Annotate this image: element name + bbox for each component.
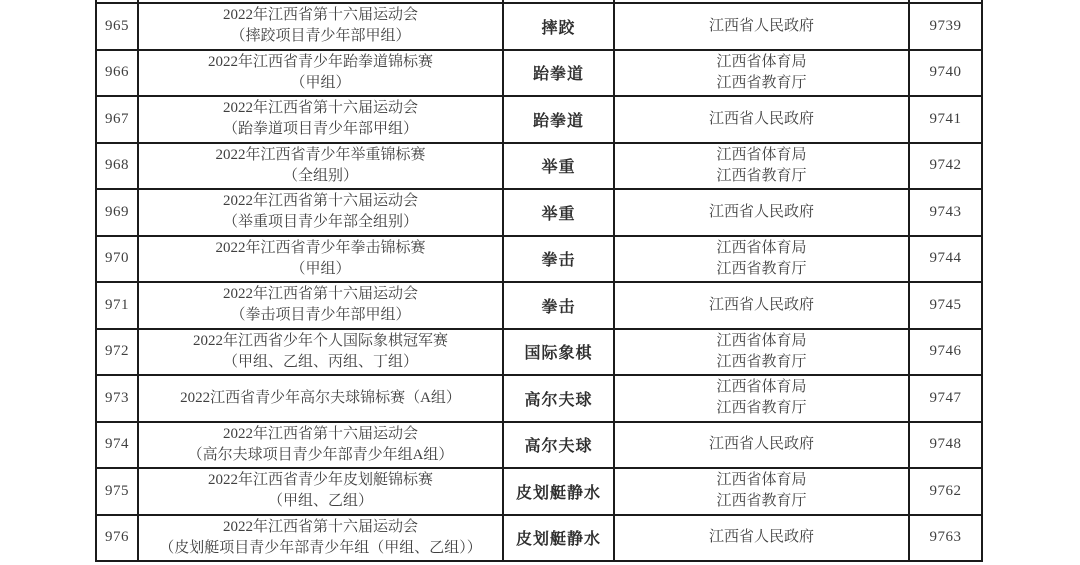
event-name-line1: 2022江西省青少年高尔夫球锦标赛（A组）	[180, 388, 461, 409]
organizer-cell: 江西省人民政府	[615, 283, 910, 328]
approval-number-cell: 9748	[910, 423, 981, 468]
approval-number: 9763	[930, 529, 962, 546]
organizer-line1: 江西省体育局	[716, 145, 806, 166]
table-row: 968 2022年江西省青少年举重锦标赛 （全组别） 举重 江西省体育局 江西省…	[97, 144, 981, 191]
approval-number-cell: 9742	[910, 144, 981, 189]
organizer-line2: 江西省教育厅	[716, 166, 806, 187]
row-number-cell: 967	[97, 97, 139, 142]
table-row: 973 2022江西省青少年高尔夫球锦标赛（A组） 高尔夫球 江西省体育局 江西…	[97, 376, 981, 423]
event-name-line1: 2022年江西省第十六届运动会	[223, 191, 418, 212]
event-name-cell: 2022年江西省少年个人国际象棋冠军赛 （甲组、乙组、丙组、丁组）	[139, 330, 504, 375]
row-number-cell: 975	[97, 469, 139, 514]
event-name-line1: 2022年江西省第十六届运动会	[223, 424, 418, 445]
row-number: 968	[105, 157, 129, 174]
organizer-cell: 江西省体育局 江西省教育厅	[615, 469, 910, 514]
sport-name: 跆拳道	[533, 108, 584, 131]
row-number-cell: 965	[97, 4, 139, 49]
approval-number: 9739	[930, 18, 962, 35]
competitions-table: 965 2022年江西省第十六届运动会 （摔跤项目青少年部甲组） 摔跤 江西省人…	[95, 0, 983, 562]
row-number-cell: 976	[97, 516, 139, 561]
stub-cell	[910, 0, 981, 2]
document-page: 965 2022年江西省第十六届运动会 （摔跤项目青少年部甲组） 摔跤 江西省人…	[0, 0, 1080, 565]
approval-number-cell: 9763	[910, 516, 981, 561]
event-name-cell: 2022年江西省青少年举重锦标赛 （全组别）	[139, 144, 504, 189]
row-number: 972	[105, 343, 129, 360]
stub-cell	[504, 0, 615, 2]
table-row: 975 2022年江西省青少年皮划艇锦标赛 （甲组、乙组） 皮划艇静水 江西省体…	[97, 469, 981, 516]
sport-name: 摔跤	[541, 15, 575, 38]
event-name-line1: 2022年江西省第十六届运动会	[223, 5, 418, 26]
approval-number-cell: 9747	[910, 376, 981, 421]
row-number: 976	[105, 529, 129, 546]
sport-cell: 跆拳道	[504, 51, 615, 96]
organizer-line2: 江西省教育厅	[716, 352, 806, 373]
event-name-line1: 2022年江西省第十六届运动会	[223, 98, 418, 119]
row-number-cell: 971	[97, 283, 139, 328]
sport-cell: 跆拳道	[504, 97, 615, 142]
row-number-cell: 966	[97, 51, 139, 96]
approval-number: 9748	[930, 436, 962, 453]
organizer-line1: 江西省人民政府	[709, 434, 814, 455]
sport-name: 皮划艇静水	[516, 480, 601, 503]
event-name-line2: （甲组、乙组、丙组、丁组）	[223, 352, 418, 373]
row-number-cell: 969	[97, 190, 139, 235]
event-name-cell: 2022年江西省青少年拳击锦标赛 （甲组）	[139, 237, 504, 282]
competitions-table-wrap: 965 2022年江西省第十六届运动会 （摔跤项目青少年部甲组） 摔跤 江西省人…	[95, 0, 983, 562]
sport-name: 高尔夫球	[524, 433, 592, 456]
organizer-cell: 江西省体育局 江西省教育厅	[615, 144, 910, 189]
organizer-line1: 江西省人民政府	[709, 109, 814, 130]
organizer-cell: 江西省体育局 江西省教育厅	[615, 51, 910, 96]
event-name-line1: 2022年江西省第十六届运动会	[223, 284, 418, 305]
table-row: 974 2022年江西省第十六届运动会 （高尔夫球项目青少年部青少年组A组） 高…	[97, 423, 981, 470]
organizer-line1: 江西省体育局	[716, 470, 806, 491]
row-number: 965	[105, 18, 129, 35]
event-name-line2: （拳击项目青少年部甲组）	[230, 305, 410, 326]
row-number-cell: 974	[97, 423, 139, 468]
organizer-line1: 江西省体育局	[716, 377, 806, 398]
table-row: 972 2022年江西省少年个人国际象棋冠军赛 （甲组、乙组、丙组、丁组） 国际…	[97, 330, 981, 377]
approval-number: 9745	[930, 297, 962, 314]
approval-number: 9743	[930, 204, 962, 221]
sport-cell: 摔跤	[504, 4, 615, 49]
table-row: 969 2022年江西省第十六届运动会 （举重项目青少年部全组别） 举重 江西省…	[97, 190, 981, 237]
organizer-line1: 江西省人民政府	[709, 527, 814, 548]
sport-name: 皮划艇静水	[516, 526, 601, 549]
event-name-line2: （举重项目青少年部全组别）	[223, 212, 418, 233]
event-name-line2: （皮划艇项目青少年部青少年组（甲组、乙组））	[159, 538, 482, 559]
event-name-cell: 2022年江西省青少年皮划艇锦标赛 （甲组、乙组）	[139, 469, 504, 514]
table-row: 967 2022年江西省第十六届运动会 （跆拳道项目青少年部甲组） 跆拳道 江西…	[97, 97, 981, 144]
sport-cell: 高尔夫球	[504, 376, 615, 421]
approval-number-cell: 9743	[910, 190, 981, 235]
sport-cell: 皮划艇静水	[504, 469, 615, 514]
event-name-line2: （高尔夫球项目青少年部青少年组A组）	[188, 445, 454, 466]
row-number: 973	[105, 390, 129, 407]
event-name-line1: 2022年江西省少年个人国际象棋冠军赛	[193, 331, 448, 352]
stub-cell	[97, 0, 139, 2]
sport-cell: 皮划艇静水	[504, 516, 615, 561]
row-number-cell: 973	[97, 376, 139, 421]
organizer-cell: 江西省人民政府	[615, 4, 910, 49]
event-name-line2: （摔跤项目青少年部甲组）	[230, 26, 410, 47]
event-name-line2: （全组别）	[283, 166, 358, 187]
sport-name: 跆拳道	[533, 61, 584, 84]
event-name-cell: 2022年江西省第十六届运动会 （跆拳道项目青少年部甲组）	[139, 97, 504, 142]
organizer-line2: 江西省教育厅	[716, 398, 806, 419]
event-name-line2: （甲组）	[290, 259, 350, 280]
table-row: 976 2022年江西省第十六届运动会 （皮划艇项目青少年部青少年组（甲组、乙组…	[97, 516, 981, 561]
organizer-line1: 江西省人民政府	[709, 202, 814, 223]
approval-number: 9741	[930, 111, 962, 128]
organizer-cell: 江西省人民政府	[615, 190, 910, 235]
event-name-cell: 2022江西省青少年高尔夫球锦标赛（A组）	[139, 376, 504, 421]
approval-number: 9746	[930, 343, 962, 360]
row-number-cell: 970	[97, 237, 139, 282]
stub-cell	[139, 0, 504, 2]
organizer-cell: 江西省人民政府	[615, 97, 910, 142]
approval-number-cell: 9739	[910, 4, 981, 49]
event-name-line2: （跆拳道项目青少年部甲组）	[223, 119, 418, 140]
organizer-line1: 江西省体育局	[716, 331, 806, 352]
event-name-cell: 2022年江西省第十六届运动会 （高尔夫球项目青少年部青少年组A组）	[139, 423, 504, 468]
organizer-cell: 江西省人民政府	[615, 516, 910, 561]
event-name-cell: 2022年江西省第十六届运动会 （皮划艇项目青少年部青少年组（甲组、乙组））	[139, 516, 504, 561]
sport-cell: 拳击	[504, 283, 615, 328]
sport-name: 举重	[541, 154, 575, 177]
sport-cell: 举重	[504, 190, 615, 235]
organizer-line1: 江西省体育局	[716, 238, 806, 259]
sport-name: 高尔夫球	[524, 387, 592, 410]
sport-cell: 国际象棋	[504, 330, 615, 375]
stub-cell	[615, 0, 910, 2]
event-name-line2: （甲组）	[290, 73, 350, 94]
organizer-line1: 江西省人民政府	[709, 16, 814, 37]
approval-number-cell: 9745	[910, 283, 981, 328]
sport-cell: 举重	[504, 144, 615, 189]
event-name-line1: 2022年江西省青少年皮划艇锦标赛	[208, 470, 433, 491]
sport-name: 拳击	[541, 247, 575, 270]
sport-name: 举重	[541, 201, 575, 224]
approval-number-cell: 9762	[910, 469, 981, 514]
row-number: 970	[105, 250, 129, 267]
event-name-cell: 2022年江西省第十六届运动会 （拳击项目青少年部甲组）	[139, 283, 504, 328]
organizer-line1: 江西省人民政府	[709, 295, 814, 316]
sport-cell: 拳击	[504, 237, 615, 282]
row-number: 974	[105, 436, 129, 453]
approval-number: 9740	[930, 64, 962, 81]
row-number-cell: 968	[97, 144, 139, 189]
approval-number-cell: 9744	[910, 237, 981, 282]
sport-name: 国际象棋	[524, 340, 592, 363]
event-name-line1: 2022年江西省青少年举重锦标赛	[215, 145, 425, 166]
row-number: 966	[105, 64, 129, 81]
event-name-line2: （甲组、乙组）	[268, 491, 373, 512]
organizer-cell: 江西省体育局 江西省教育厅	[615, 376, 910, 421]
sport-name: 拳击	[541, 294, 575, 317]
sport-cell: 高尔夫球	[504, 423, 615, 468]
approval-number: 9762	[930, 483, 962, 500]
row-number: 971	[105, 297, 129, 314]
organizer-line2: 江西省教育厅	[716, 73, 806, 94]
organizer-line2: 江西省教育厅	[716, 259, 806, 280]
table-row: 965 2022年江西省第十六届运动会 （摔跤项目青少年部甲组） 摔跤 江西省人…	[97, 4, 981, 51]
event-name-cell: 2022年江西省青少年跆拳道锦标赛 （甲组）	[139, 51, 504, 96]
table-row: 971 2022年江西省第十六届运动会 （拳击项目青少年部甲组） 拳击 江西省人…	[97, 283, 981, 330]
approval-number: 9744	[930, 250, 962, 267]
row-number: 967	[105, 111, 129, 128]
approval-number-cell: 9740	[910, 51, 981, 96]
event-name-cell: 2022年江西省第十六届运动会 （摔跤项目青少年部甲组）	[139, 4, 504, 49]
organizer-cell: 江西省体育局 江西省教育厅	[615, 237, 910, 282]
row-number-cell: 972	[97, 330, 139, 375]
event-name-line1: 2022年江西省青少年跆拳道锦标赛	[208, 52, 433, 73]
organizer-line2: 江西省教育厅	[716, 491, 806, 512]
organizer-cell: 江西省体育局 江西省教育厅	[615, 330, 910, 375]
row-number: 969	[105, 204, 129, 221]
organizer-line1: 江西省体育局	[716, 52, 806, 73]
table-row: 970 2022年江西省青少年拳击锦标赛 （甲组） 拳击 江西省体育局 江西省教…	[97, 237, 981, 284]
event-name-line1: 2022年江西省第十六届运动会	[223, 517, 418, 538]
table-row: 966 2022年江西省青少年跆拳道锦标赛 （甲组） 跆拳道 江西省体育局 江西…	[97, 51, 981, 98]
approval-number: 9747	[930, 390, 962, 407]
event-name-line1: 2022年江西省青少年拳击锦标赛	[215, 238, 425, 259]
row-number: 975	[105, 483, 129, 500]
approval-number-cell: 9741	[910, 97, 981, 142]
approval-number: 9742	[930, 157, 962, 174]
approval-number-cell: 9746	[910, 330, 981, 375]
organizer-cell: 江西省人民政府	[615, 423, 910, 468]
event-name-cell: 2022年江西省第十六届运动会 （举重项目青少年部全组别）	[139, 190, 504, 235]
